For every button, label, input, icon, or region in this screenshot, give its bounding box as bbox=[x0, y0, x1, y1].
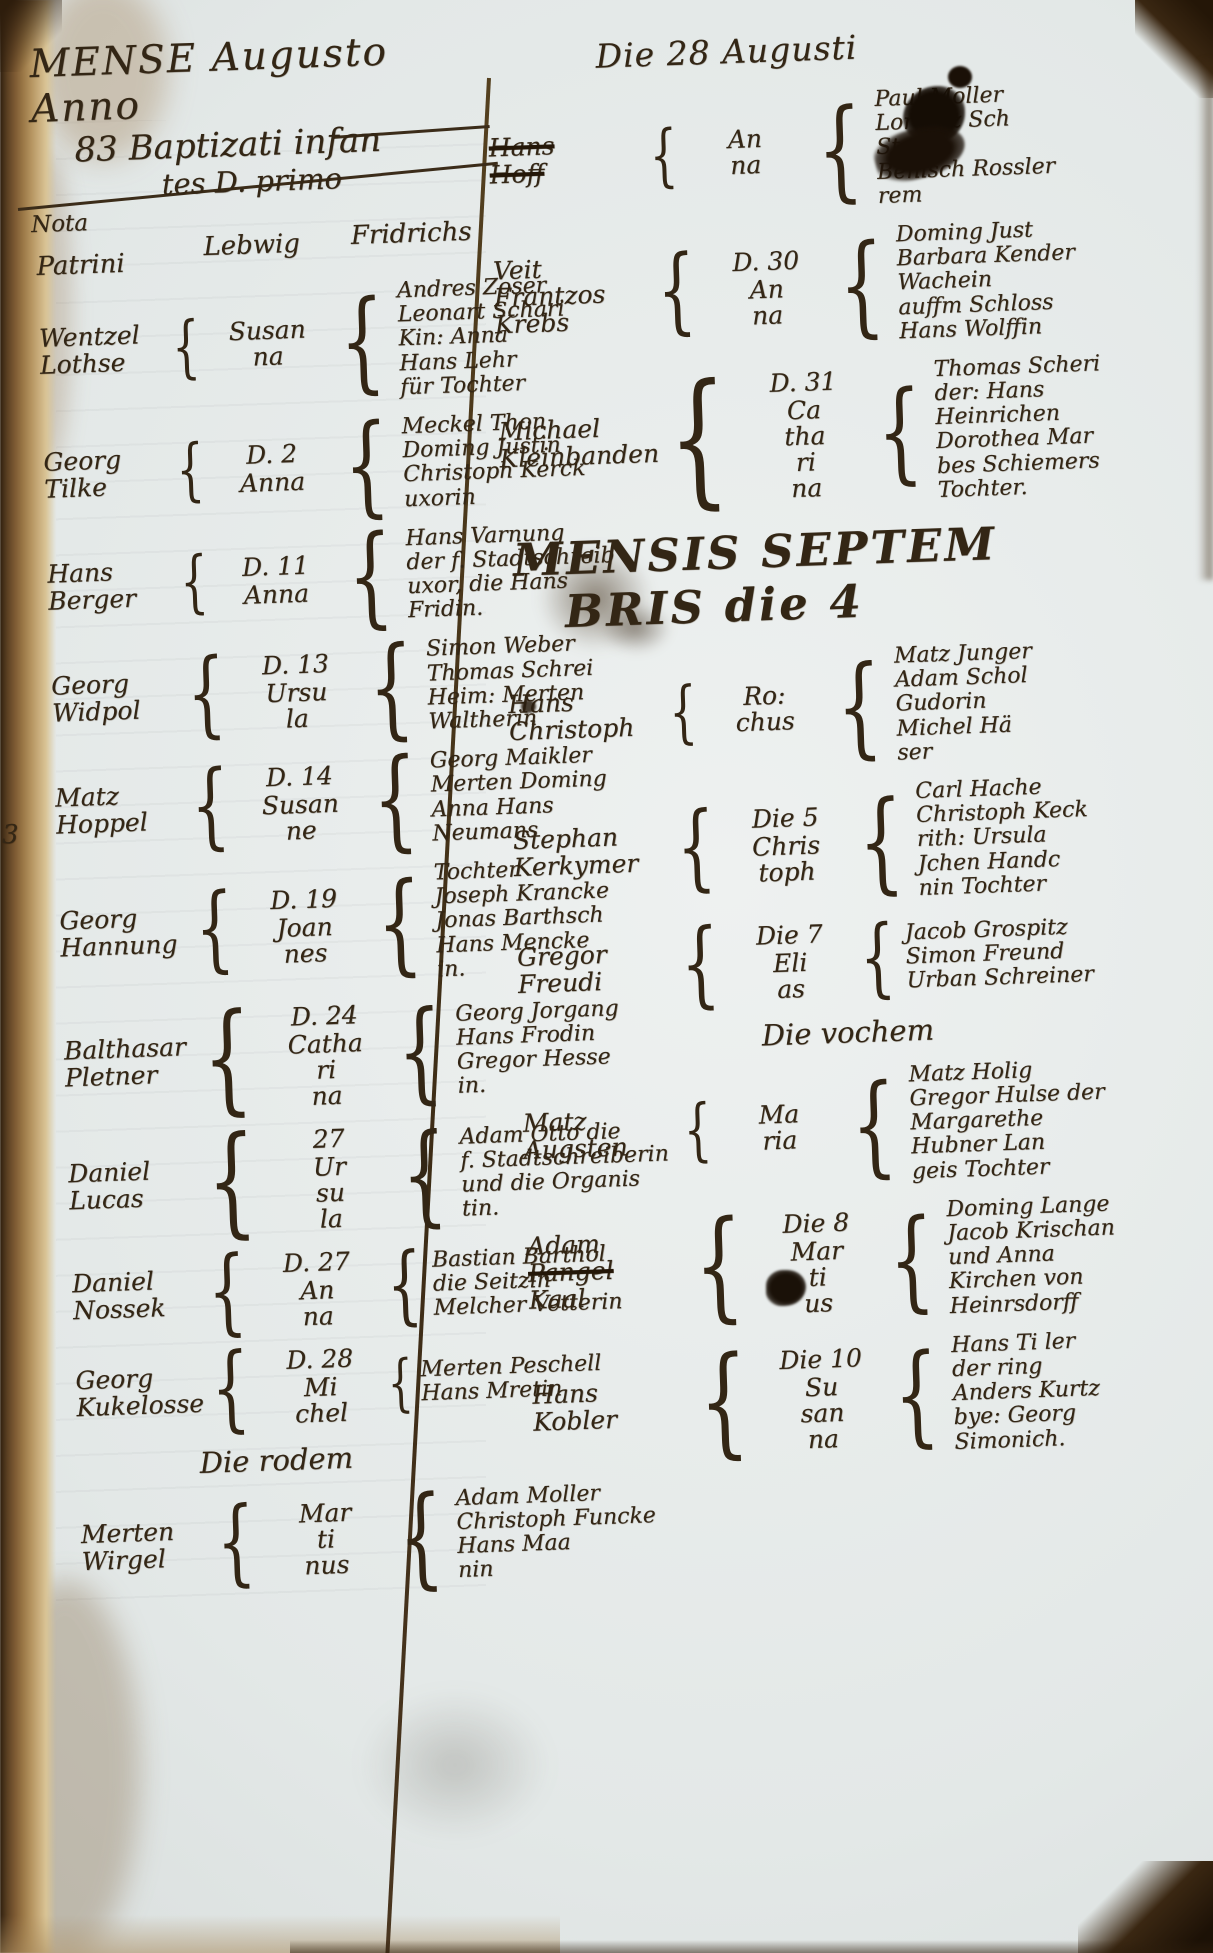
baptism-entry: StephanKerkymer{Die 5Christoph{Carl Hach… bbox=[511, 770, 1211, 915]
baptism-entry: WentzelLothse{Susanna{Andres ZoserLeonar… bbox=[37, 277, 477, 413]
child-block: Maria bbox=[720, 1100, 840, 1156]
father-line: Tilke bbox=[44, 472, 169, 503]
brace-icon: { bbox=[387, 1356, 414, 1410]
brace-icon: { bbox=[850, 1077, 899, 1172]
child-block: D. 19Joannes bbox=[244, 883, 365, 969]
father-line: Pletner bbox=[64, 1060, 189, 1091]
page-edge-shadow bbox=[1198, 60, 1213, 580]
father-line: Hoff bbox=[489, 157, 642, 189]
father-line: Berger bbox=[48, 583, 173, 614]
brace-icon: { bbox=[693, 1215, 746, 1319]
father-line: Widpol bbox=[52, 695, 177, 726]
child-block: D. 30Anna bbox=[706, 245, 827, 331]
brace-icon: { bbox=[893, 1348, 942, 1443]
manuscript-scan: MENSE Augusto Anno 83 Baptizati infan te… bbox=[0, 0, 1213, 1953]
child-block: Susanna bbox=[208, 316, 328, 372]
brace-icon: { bbox=[194, 889, 236, 970]
father-name: HansHoff bbox=[488, 130, 642, 189]
child-name: Christoph bbox=[727, 832, 847, 888]
child-line: as bbox=[732, 974, 851, 1004]
baptism-date: D. 28 bbox=[260, 1343, 379, 1376]
baptism-entry: MatzHoppel{D. 14Susanne{Georg MaiklerMer… bbox=[54, 748, 493, 860]
father-name: GeorgTilke bbox=[43, 445, 169, 503]
father-name: Veit FrantzosKrebs bbox=[493, 252, 648, 338]
father-line: Lothse bbox=[40, 348, 165, 379]
baptism-entry: GeorgKukelosse{D. 28Michel{Merten Pesche… bbox=[75, 1338, 514, 1435]
child-name: Catharina bbox=[745, 396, 867, 504]
father-name: StephanKerkymer bbox=[512, 822, 666, 881]
father-name: HansBerger bbox=[47, 557, 173, 615]
brace-icon: { bbox=[343, 417, 392, 512]
child-block: D. 13Ursula bbox=[236, 648, 357, 734]
brace-icon: { bbox=[697, 1350, 750, 1454]
baptism-entry: GeorgWidpol{D. 13Ursula{Simon WeberThoma… bbox=[50, 636, 489, 748]
baptism-entry: GregorFreudi{Die 7Elias{Jacob GrospitzSi… bbox=[516, 906, 1213, 1012]
baptism-date: 27 bbox=[269, 1122, 388, 1155]
child-name: Catharina bbox=[266, 1029, 387, 1111]
father-name: MatzHoppel bbox=[55, 780, 181, 838]
father-line: Kukelosse bbox=[76, 1390, 201, 1421]
baptism-entry: MatzAugsten{Maria{Matz HoligGregor Hulse… bbox=[521, 1053, 1213, 1198]
baptism-entry: GeorgTilke{D. 2Anna{Meckel ThonDoming Ju… bbox=[42, 413, 481, 525]
baptism-date: D. 14 bbox=[240, 760, 359, 793]
father-line: Balthasar bbox=[63, 1033, 188, 1064]
brace-icon: { bbox=[367, 640, 416, 735]
baptism-entry: MichaelKleinbanden{D. 31Catharina{Thomas… bbox=[497, 349, 1198, 518]
brace-icon: { bbox=[816, 102, 865, 197]
child-name: Anna bbox=[258, 1276, 378, 1332]
child-block: Martinus bbox=[266, 1499, 387, 1581]
child-line: na bbox=[764, 1425, 883, 1455]
child-block: D. 14Susanne bbox=[240, 760, 361, 846]
brace-icon: { bbox=[397, 1489, 446, 1584]
child-line: na bbox=[708, 301, 827, 331]
child-name: Susanne bbox=[241, 790, 361, 846]
father-line: Daniel bbox=[72, 1266, 197, 1297]
child-name: Susanna bbox=[762, 1373, 883, 1455]
brace-icon: { bbox=[375, 876, 424, 971]
page-edge-shadow bbox=[290, 1940, 1213, 1953]
father-name: MichaelKleinbanden bbox=[498, 413, 652, 472]
father-line: Matz bbox=[55, 780, 180, 811]
brace-icon: { bbox=[649, 127, 679, 186]
father-name: GeorgKukelosse bbox=[75, 1363, 201, 1421]
godparents: Thomas Scherider: HansHeinrichenDorothea… bbox=[933, 349, 1197, 503]
father-line: Wentzel bbox=[39, 321, 164, 352]
brace-icon: { bbox=[835, 659, 884, 754]
father-name: MatzAugsten bbox=[522, 1105, 676, 1164]
child-block: D. 24Catharina bbox=[265, 999, 387, 1111]
baptism-date: Die 10 bbox=[761, 1343, 880, 1376]
child-line: na bbox=[209, 342, 328, 372]
baptism-entry: HansHoff{Anna{Paul MollerLorentz SchSter… bbox=[487, 77, 1187, 222]
brace-icon: { bbox=[175, 442, 205, 501]
father-line: Augsten bbox=[523, 1132, 676, 1164]
child-line: na bbox=[259, 1302, 378, 1332]
father-name: GeorgWidpol bbox=[51, 668, 177, 726]
child-block: Die 7Elias bbox=[730, 918, 851, 1004]
baptism-date: D. 30 bbox=[706, 245, 825, 278]
brace-icon: { bbox=[201, 1007, 254, 1111]
baptism-entry: HansBerger{D. 11Anna{Hans Varnungder f. … bbox=[46, 524, 485, 636]
baptism-date: D. 2 bbox=[212, 438, 331, 471]
father-name: HansKobler bbox=[532, 1377, 686, 1436]
child-block: D. 2Anna bbox=[212, 438, 332, 498]
child-block: D. 31Catharina bbox=[744, 366, 867, 504]
baptism-date: Die 8 bbox=[756, 1207, 875, 1240]
brace-icon: { bbox=[875, 384, 924, 479]
child-line: Anna bbox=[213, 468, 332, 498]
child-block: D. 27Anna bbox=[257, 1246, 378, 1332]
father-line: Krebs bbox=[494, 306, 647, 338]
father-name: WentzelLothse bbox=[39, 321, 165, 379]
child-line: la bbox=[238, 704, 357, 734]
brace-icon: { bbox=[179, 553, 209, 612]
father-line: Lucas bbox=[69, 1183, 194, 1214]
godparent-line: nin bbox=[458, 1553, 658, 1584]
baptism-entry: BalthasarPletner{D. 24Catharina{Georg Jo… bbox=[63, 995, 503, 1118]
godparents: Carl HacheChristoph Keckrith: UrsulaJche… bbox=[915, 770, 1211, 901]
father-name: GeorgHannung bbox=[59, 904, 185, 962]
godparents: Matz HoligGregor Hulse derMargaretheHubn… bbox=[908, 1053, 1213, 1185]
child-name: Michel bbox=[261, 1373, 381, 1429]
brace-icon: { bbox=[371, 752, 420, 847]
baptism-entry: AdamPangelKaal{Die 8Martius{Doming Lange… bbox=[526, 1188, 1213, 1333]
baptism-date: D. 24 bbox=[265, 999, 384, 1032]
child-line: la bbox=[272, 1204, 391, 1234]
brace-icon: { bbox=[338, 294, 387, 389]
brace-icon: { bbox=[207, 1251, 249, 1332]
baptism-entry: GeorgHannung{D. 19Joannes{TochterJoseph … bbox=[58, 859, 498, 995]
child-block: Die 10Susanna bbox=[761, 1343, 883, 1455]
brace-icon: { bbox=[385, 1248, 423, 1322]
father-line: Wirgel bbox=[81, 1544, 206, 1575]
brace-icon: { bbox=[675, 808, 717, 889]
child-line: nes bbox=[246, 939, 365, 969]
brace-icon: { bbox=[679, 924, 721, 1005]
baptism-date: D. 19 bbox=[244, 883, 363, 916]
father-name: AdamPangelKaal bbox=[527, 1227, 682, 1313]
left-column: MENSE Augusto Anno 83 Baptizati infan te… bbox=[29, 27, 520, 1612]
child-line: Anna bbox=[217, 580, 336, 610]
child-line: na bbox=[268, 1081, 387, 1111]
brace-icon: { bbox=[396, 1004, 445, 1099]
baptism-entry: Veit FrantzosKrebs{D. 30Anna{Doming Just… bbox=[492, 213, 1192, 358]
father-name: BalthasarPletner bbox=[63, 1033, 189, 1091]
brace-icon: { bbox=[857, 794, 906, 889]
brace-icon: { bbox=[656, 251, 698, 332]
child-line: toph bbox=[728, 858, 847, 888]
child-line: ria bbox=[720, 1126, 839, 1156]
baptism-entry: DanielNossek{D. 27Anna{Bastian Bartholdi… bbox=[71, 1241, 510, 1338]
margin-mark: 3 bbox=[2, 820, 19, 850]
child-name: Anna bbox=[217, 580, 336, 610]
ink-smudge bbox=[360, 1690, 550, 1840]
right-entries: HansHoff{Anna{Paul MollerLorentz SchSter… bbox=[487, 77, 1213, 1469]
child-name: Ursula bbox=[237, 678, 357, 734]
brace-icon: { bbox=[190, 765, 232, 846]
brace-icon: { bbox=[205, 1130, 258, 1234]
brace-icon: { bbox=[346, 529, 395, 624]
column-header-right: Fridrichs bbox=[350, 217, 472, 271]
godparents: Jacob GrospitzSimon FreundUrban Schreine… bbox=[905, 910, 1213, 993]
child-block: 27Ursula bbox=[269, 1122, 391, 1234]
brace-icon: { bbox=[858, 921, 896, 995]
column-header-middle: Lebwig bbox=[203, 227, 352, 276]
child-block: Ro:chus bbox=[705, 682, 825, 738]
father-line: Kobler bbox=[533, 1404, 686, 1436]
right-column: Die 28 Augusti HansHoff{Anna{Paul Moller… bbox=[485, 16, 1213, 1484]
child-name: Martinus bbox=[266, 1499, 387, 1581]
godparents: Matz JungerAdam ScholGudorinMichel Häser bbox=[894, 634, 1207, 766]
column-header-patrini: Patrini bbox=[36, 246, 204, 282]
baptism-entry: MertenWirgel{Martinus{Adam MollerChristo… bbox=[80, 1485, 519, 1597]
father-line: Kerkymer bbox=[513, 849, 666, 881]
child-block: Anna bbox=[685, 125, 805, 181]
father-name: GregorFreudi bbox=[517, 939, 671, 998]
father-line: Kleinbanden bbox=[499, 440, 652, 472]
child-line: chus bbox=[706, 708, 825, 738]
father-line: Hoppel bbox=[56, 807, 181, 838]
child-line: na bbox=[747, 474, 866, 504]
brace-icon: { bbox=[837, 237, 886, 332]
brace-icon: { bbox=[888, 1212, 937, 1307]
baptism-date: Die 5 bbox=[726, 802, 845, 835]
father-line: Nossek bbox=[73, 1293, 198, 1324]
child-block: D. 28Michel bbox=[260, 1343, 381, 1429]
baptism-entry: DanielLucas{27Ursula{Adam Otto dief. Sta… bbox=[67, 1118, 507, 1241]
godparents: Hans Ti lerder ringAnders Kurtzbye: Geor… bbox=[951, 1324, 1213, 1454]
baptism-date: D. 27 bbox=[257, 1246, 376, 1279]
left-entries: WentzelLothse{Susanna{Andres ZoserLeonar… bbox=[37, 277, 518, 1597]
father-name: DanielNossek bbox=[72, 1266, 198, 1324]
child-line: chel bbox=[262, 1399, 381, 1429]
godparents: Adam MollerChristoph FunckeHans Maanin bbox=[455, 1480, 658, 1584]
child-name: Susanna bbox=[208, 316, 328, 372]
godparents: Doming LangeJacob Krischanund AnnaKirche… bbox=[946, 1188, 1213, 1318]
baptism-date: D. 31 bbox=[744, 366, 863, 399]
father-line: Freudi bbox=[517, 966, 670, 998]
ink-blot bbox=[521, 700, 536, 713]
ink-blot bbox=[948, 66, 972, 88]
brace-icon: { bbox=[666, 376, 731, 502]
child-name: Anna bbox=[707, 275, 827, 331]
child-name: Ro:chus bbox=[705, 682, 825, 738]
child-name: Anna bbox=[213, 468, 332, 498]
brace-icon: { bbox=[683, 1102, 713, 1161]
child-name: Ursula bbox=[270, 1152, 391, 1234]
baptism-entry: HansKobler{Die 10Susanna{Hans Ti lerder … bbox=[531, 1324, 1213, 1469]
child-name: Maria bbox=[720, 1100, 840, 1156]
father-name: MertenWirgel bbox=[80, 1517, 206, 1575]
child-block: Die 5Christoph bbox=[726, 802, 847, 888]
father-line: Hannung bbox=[60, 931, 185, 962]
father-line: Kaal bbox=[529, 1281, 682, 1313]
child-name: Joannes bbox=[245, 913, 365, 969]
father-line: Veit Frantzos bbox=[493, 252, 647, 311]
baptism-entry: HansChristoph{Ro:chus{Matz JungerAdam Sc… bbox=[507, 634, 1207, 779]
brace-icon: { bbox=[400, 1127, 449, 1222]
brace-icon: { bbox=[215, 1502, 257, 1583]
godparents: Doming JustBarbara KenderWacheinauffm Sc… bbox=[895, 213, 1191, 344]
right-column-date-header: Die 28 Augusti bbox=[595, 16, 1182, 75]
father-line: Christoph bbox=[509, 713, 662, 745]
baptism-date: D. 13 bbox=[236, 648, 355, 681]
child-line: na bbox=[686, 151, 805, 181]
father-name: DanielLucas bbox=[68, 1156, 194, 1214]
brace-icon: { bbox=[668, 683, 698, 742]
child-name: Elias bbox=[731, 948, 851, 1004]
child-line: nus bbox=[267, 1551, 386, 1581]
baptism-date: D. 11 bbox=[216, 550, 335, 583]
child-name: Anna bbox=[685, 125, 805, 181]
page-corner-shadow bbox=[0, 0, 62, 72]
baptism-date: Die 7 bbox=[730, 918, 849, 951]
child-block: D. 11Anna bbox=[216, 550, 336, 610]
page-title-line: MENSE Augusto Anno bbox=[29, 27, 468, 132]
brace-icon: { bbox=[171, 318, 201, 377]
section-heading: Die vochem bbox=[519, 1004, 1176, 1061]
father-name: HansChristoph bbox=[508, 686, 662, 745]
brace-icon: { bbox=[210, 1348, 252, 1429]
brace-icon: { bbox=[186, 653, 228, 734]
child-line: ne bbox=[242, 816, 361, 846]
